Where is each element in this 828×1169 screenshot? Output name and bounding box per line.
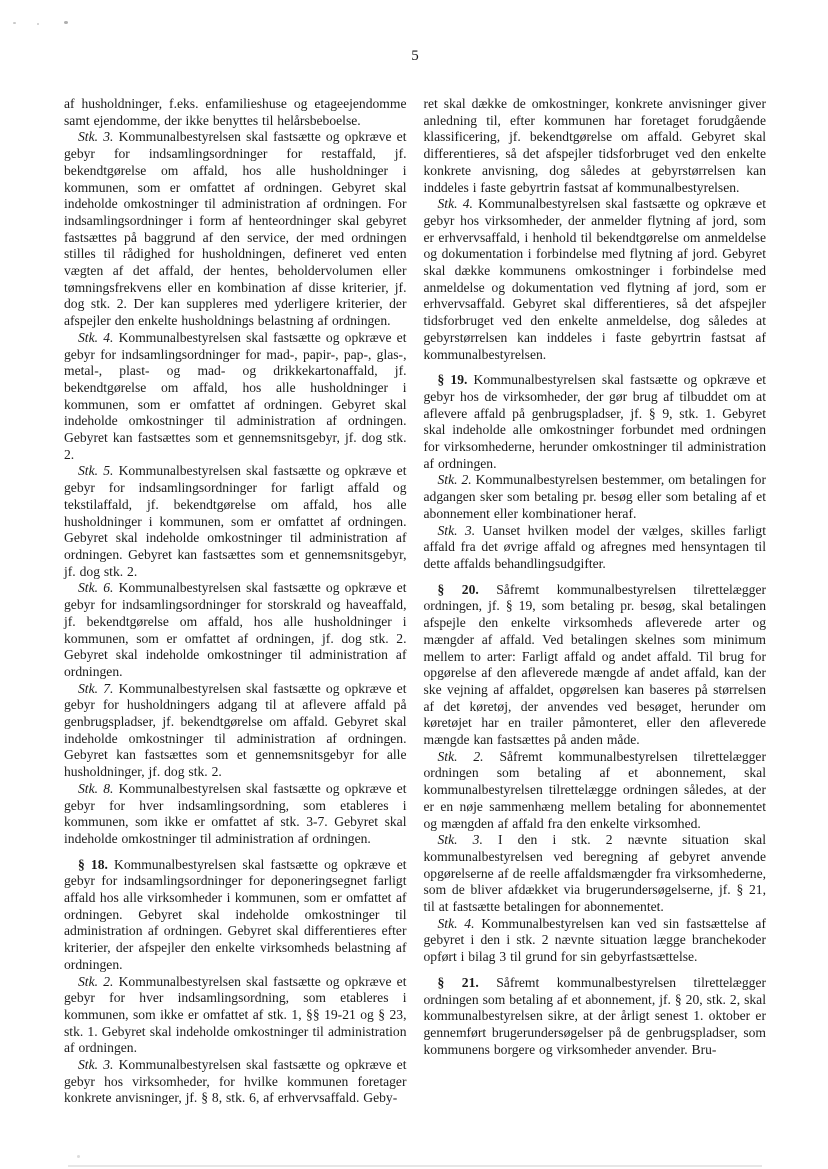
stk-label: Stk. 2.	[78, 974, 113, 989]
paragraph-text: Kommunalbestyrelsen skal fastsætte og op…	[64, 463, 407, 578]
section-label: § 18.	[78, 857, 108, 872]
section-label: § 20.	[438, 582, 479, 597]
paragraph-text: Kommunalbestyrelsen skal fastsætte og op…	[64, 781, 407, 846]
stk-label: Stk. 3.	[438, 523, 476, 538]
stk-label: Stk. 4.	[78, 330, 113, 345]
stk-paragraph: Stk. 2. Såfremt kommunalbestyrelsen tilr…	[424, 749, 767, 833]
scan-artifact-line	[68, 1165, 762, 1167]
stk-label: Stk. 4.	[438, 916, 475, 931]
paragraph-text: Kommunalbestyrelsen skal fastsætte og op…	[64, 580, 407, 679]
section-label: § 21.	[438, 975, 479, 990]
section-label: § 19.	[438, 372, 468, 387]
section-paragraph: § 20. Såfremt kommunalbestyrelsen tilret…	[424, 582, 767, 749]
stk-label: Stk. 2.	[438, 749, 484, 764]
stk-paragraph: Stk. 4. Kommunalbestyrelsen skal fastsæt…	[64, 330, 407, 464]
section-paragraph: § 18. Kommunalbestyrelsen skal fastsætte…	[64, 857, 407, 974]
stk-paragraph: Stk. 6. Kommunalbestyrelsen skal fastsæt…	[64, 580, 407, 680]
text-columns: af husholdninger, f.eks. enfamilieshuse …	[64, 96, 766, 1107]
stk-label: Stk. 7.	[78, 681, 113, 696]
paragraph-text: Kommunalbestyrelsen skal fastsætte og op…	[64, 330, 407, 462]
paragraph-text: Uanset hvilken model der vælges, skilles…	[424, 523, 767, 571]
stk-paragraph: Stk. 4. Kommunalbestyrelsen kan ved sin …	[424, 916, 767, 966]
left-column: af husholdninger, f.eks. enfamilieshuse …	[64, 96, 407, 1107]
stk-paragraph: Stk. 7. Kommunalbestyrelsen skal fastsæt…	[64, 681, 407, 781]
paragraph-text: Kommunalbestyrelsen skal fastsætte og op…	[64, 1057, 407, 1105]
continuation-paragraph: ret skal dække de omkostninger, konkrete…	[424, 96, 767, 196]
paragraph-text: Kommunalbestyrelsen skal fastsætte og op…	[424, 196, 767, 361]
scan-artifact-speck	[37, 23, 39, 25]
stk-paragraph: Stk. 2. Kommunalbestyrelsen skal fastsæt…	[64, 974, 407, 1058]
scan-artifact-speck	[13, 22, 16, 24]
stk-paragraph: Stk. 5. Kommunalbestyrelsen skal fastsæt…	[64, 463, 407, 580]
paragraph-text: Kommunalbestyrelsen skal fastsætte og op…	[64, 974, 407, 1056]
stk-paragraph: Stk. 8. Kommunalbestyrelsen skal fastsæt…	[64, 781, 407, 848]
stk-paragraph: Stk. 3. Uanset hvilken model der vælges,…	[424, 523, 767, 573]
continuation-paragraph: af husholdninger, f.eks. enfamilieshuse …	[64, 96, 407, 129]
section-paragraph: § 19. Kommunalbestyrelsen skal fastsætte…	[424, 372, 767, 472]
page-number: 5	[64, 48, 766, 65]
scan-artifact-speck	[77, 1155, 80, 1158]
section-paragraph: § 21. Såfremt kommunalbestyrelsen tilret…	[424, 975, 767, 1059]
paragraph-text: af husholdninger, f.eks. enfamilieshuse …	[64, 96, 407, 128]
right-column: ret skal dække de omkostninger, konkrete…	[424, 96, 767, 1107]
stk-label: Stk. 3.	[78, 129, 113, 144]
paragraph-text: Kommunalbestyrelsen skal fastsætte og op…	[424, 372, 767, 471]
paragraph-text: Såfremt kommunalbestyrelsen tilrettelægg…	[424, 582, 767, 747]
stk-label: Stk. 2.	[438, 472, 472, 487]
stk-paragraph: Stk. 3. Kommunalbestyrelsen skal fastsæt…	[64, 129, 407, 329]
stk-label: Stk. 3.	[78, 1057, 113, 1072]
stk-label: Stk. 5.	[78, 463, 113, 478]
paragraph-text: ret skal dække de omkostninger, konkrete…	[424, 96, 767, 195]
scan-artifact-speck	[64, 21, 68, 24]
paragraph-text: Kommunalbestyrelsen skal fastsætte og op…	[64, 857, 407, 972]
stk-label: Stk. 8.	[78, 781, 113, 796]
stk-paragraph: Stk. 3. Kommunalbestyrelsen skal fastsæt…	[64, 1057, 407, 1107]
paragraph-text: Kommunalbestyrelsen bestemmer, om betali…	[424, 472, 767, 520]
paragraph-text: Kommunalbestyrelsen skal fastsætte og op…	[64, 681, 407, 780]
stk-label: Stk. 6.	[78, 580, 113, 595]
stk-paragraph: Stk. 4. Kommunalbestyrelsen skal fastsæt…	[424, 196, 767, 363]
stk-label: Stk. 3.	[438, 832, 483, 847]
stk-paragraph: Stk. 2. Kommunalbestyrelsen bestemmer, o…	[424, 472, 767, 522]
paragraph-text: Kommunalbestyrelsen kan ved sin fastsætt…	[424, 916, 767, 964]
stk-label: Stk. 4.	[438, 196, 473, 211]
stk-paragraph: Stk. 3. I den i stk. 2 nævnte situation …	[424, 832, 767, 916]
paragraph-text: Kommunalbestyrelsen skal fastsætte og op…	[64, 129, 407, 328]
